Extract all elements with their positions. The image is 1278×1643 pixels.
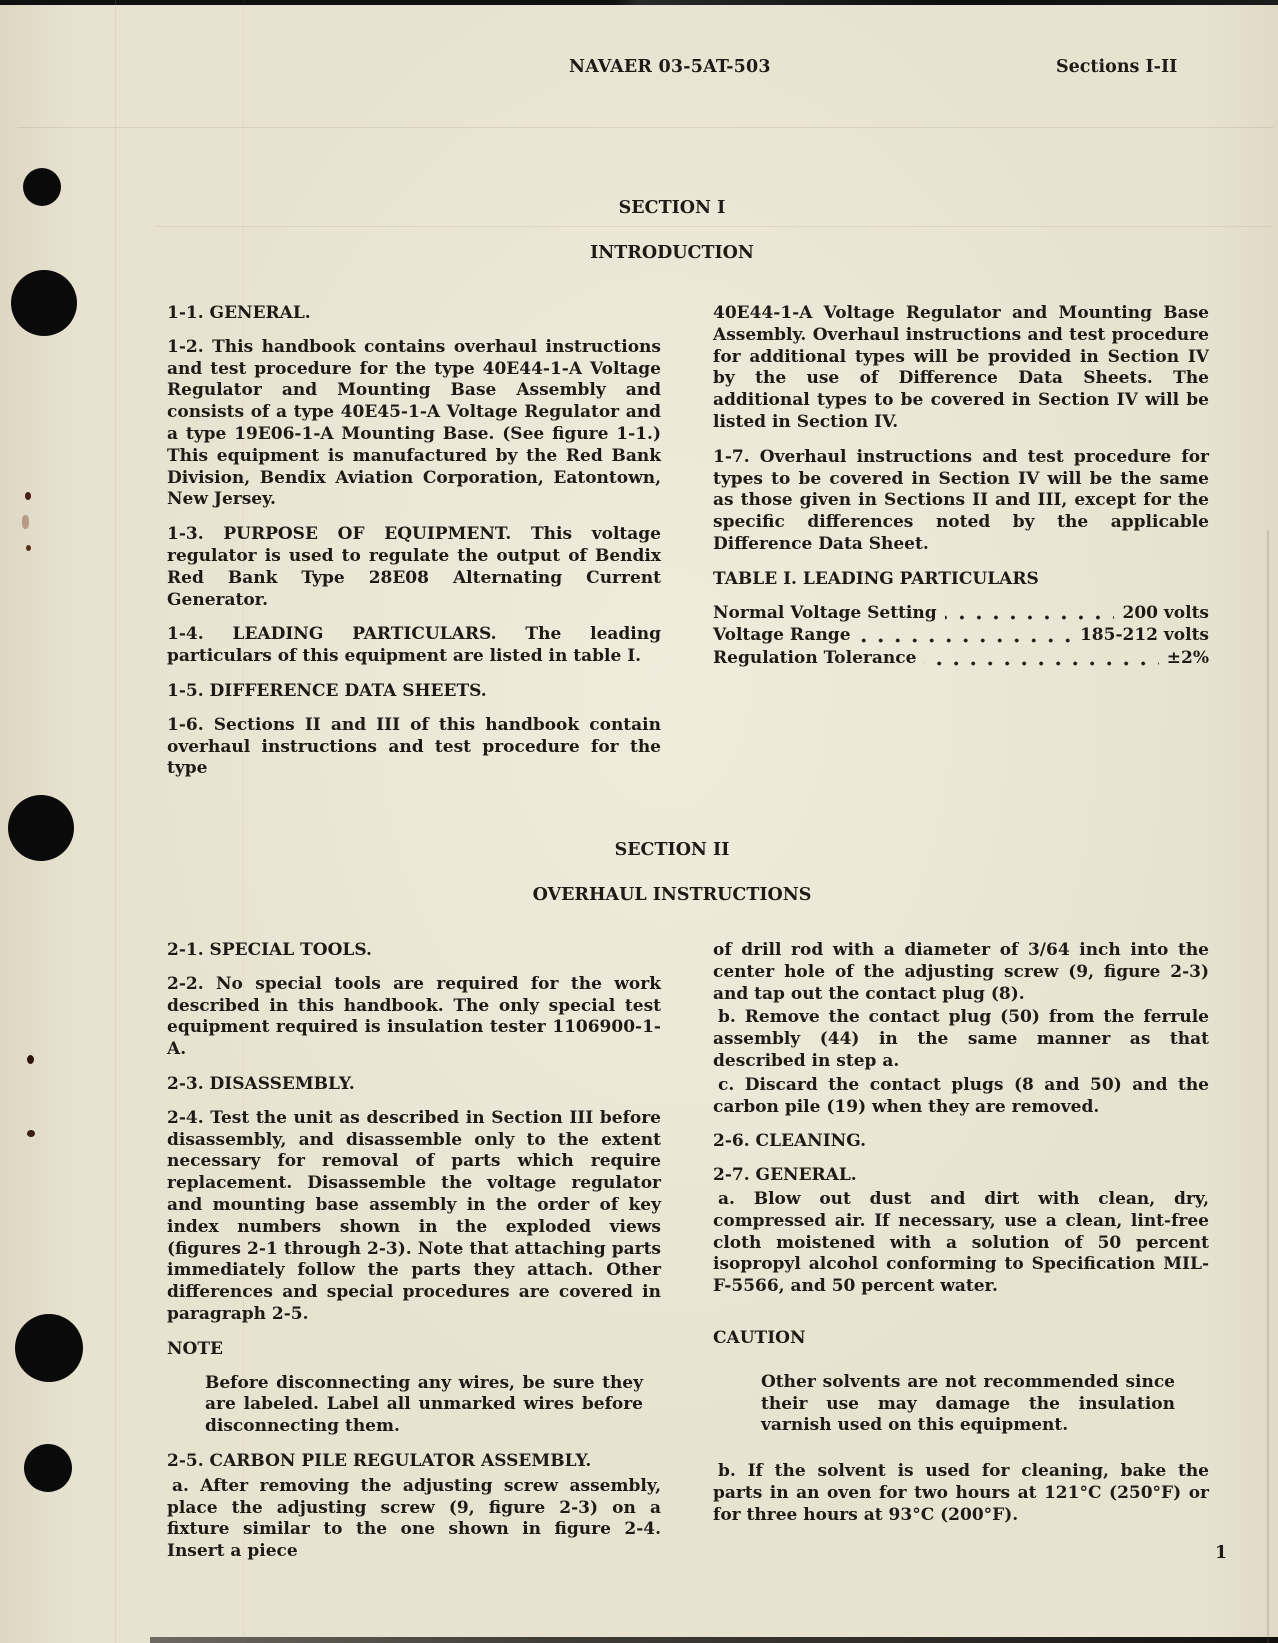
heading-2-1: 2-1. SPECIAL TOOLS. <box>167 940 661 962</box>
para-1-6-continued: 40E44-1-A Voltage Regulator and Mounting… <box>713 303 1209 434</box>
heading-2-5: 2-5. CARBON PILE REGULATOR ASSEMBLY. <box>167 1451 661 1473</box>
dot-leader <box>945 614 1115 621</box>
scan-top-edge <box>0 0 1278 5</box>
binder-hole <box>23 168 61 206</box>
scan-artifact-line <box>1267 530 1269 1643</box>
dot-leader <box>859 637 1072 644</box>
heading-1-5: 1-5. DIFFERENCE DATA SHEETS. <box>167 681 661 703</box>
paper-speck <box>27 1130 35 1137</box>
section-i-title: SECTION I <box>152 198 1192 218</box>
section-i-left-column: 1-1. GENERAL. 1-2. This handbook contain… <box>167 303 661 793</box>
table-row-label: Voltage Range <box>713 625 851 647</box>
section-ii-left-column: 2-1. SPECIAL TOOLS. 2-2. No special tool… <box>167 940 661 1576</box>
heading-2-6: 2-6. CLEANING. <box>713 1131 1209 1153</box>
table-row: Normal Voltage Setting 200 volts <box>713 603 1209 625</box>
table-row: Voltage Range 185-212 volts <box>713 625 1209 647</box>
paper-speck <box>26 545 31 551</box>
table-i-title: TABLE I. LEADING PARTICULARS <box>713 569 1209 591</box>
para-2-4: 2-4. Test the unit as described in Secti… <box>167 1108 661 1326</box>
binder-hole <box>11 270 77 336</box>
manual-page: NAVAER 03-5AT-503 Sections I-II SECTION … <box>0 0 1278 1643</box>
scan-artifact-line <box>115 0 116 1643</box>
para-2-2: 2-2. No special tools are required for t… <box>167 974 661 1061</box>
para-1-3: 1-3. PURPOSE OF EQUIPMENT. This voltage … <box>167 524 661 611</box>
note-body: Before disconnecting any wires, be sure … <box>167 1373 661 1438</box>
para-2-7-b: b. If the solvent is used for cleaning, … <box>713 1461 1209 1526</box>
section-ii-title: SECTION II <box>152 840 1192 860</box>
scan-bottom-edge <box>150 1637 1278 1643</box>
caution-title: CAUTION <box>713 1328 1209 1350</box>
heading-2-3: 2-3. DISASSEMBLY. <box>167 1074 661 1096</box>
header-sections-label: Sections I-II <box>1056 57 1177 77</box>
binder-hole <box>8 795 74 861</box>
para-2-5-a-continued: of drill rod with a diameter of 3/64 inc… <box>713 940 1209 1005</box>
table-row-label: Normal Voltage Setting <box>713 603 937 625</box>
para-2-5-c: c. Discard the contact plugs (8 and 50) … <box>713 1075 1209 1119</box>
heading-2-7: 2-7. GENERAL. <box>713 1165 1209 1187</box>
table-row-label: Regulation Tolerance <box>713 648 916 670</box>
page-number: 1 <box>1215 1543 1227 1563</box>
para-2-5-b: b. Remove the contact plug (50) from the… <box>713 1007 1209 1072</box>
binder-hole <box>24 1444 72 1492</box>
caution-body: Other solvents are not recommended since… <box>713 1372 1209 1437</box>
paper-speck <box>22 515 29 529</box>
section-ii-right-column: of drill rod with a diameter of 3/64 inc… <box>713 940 1209 1540</box>
table-row-value: 200 volts <box>1122 603 1209 625</box>
para-2-7-a: a. Blow out dust and dirt with clean, dr… <box>713 1189 1209 1298</box>
heading-1-1: 1-1. GENERAL. <box>167 303 661 325</box>
paper-speck <box>27 1055 34 1064</box>
para-1-2: 1-2. This handbook contains overhaul ins… <box>167 337 661 511</box>
table-row: Regulation Tolerance ±2% <box>713 648 1209 670</box>
table-row-value: ±2% <box>1167 648 1209 670</box>
dot-leader <box>924 660 1158 667</box>
note-title: NOTE <box>167 1339 661 1361</box>
scan-artifact-line <box>18 127 1274 128</box>
section-i-subtitle: INTRODUCTION <box>152 243 1192 263</box>
section-ii-subtitle: OVERHAUL INSTRUCTIONS <box>152 885 1192 905</box>
paper-speck <box>25 492 31 500</box>
table-row-value: 185-212 volts <box>1080 625 1209 647</box>
scan-artifact-line <box>155 226 1272 227</box>
binder-hole <box>15 1314 83 1382</box>
para-2-5-a: a. After removing the adjusting screw as… <box>167 1476 661 1563</box>
para-1-7: 1-7. Overhaul instructions and test proc… <box>713 447 1209 556</box>
section-i-right-column: 40E44-1-A Voltage Regulator and Mounting… <box>713 303 1209 671</box>
header-doc-number: NAVAER 03-5AT-503 <box>569 57 771 77</box>
para-1-6: 1-6. Sections II and III of this handboo… <box>167 715 661 780</box>
para-1-4: 1-4. LEADING PARTICULARS. The leading pa… <box>167 624 661 668</box>
